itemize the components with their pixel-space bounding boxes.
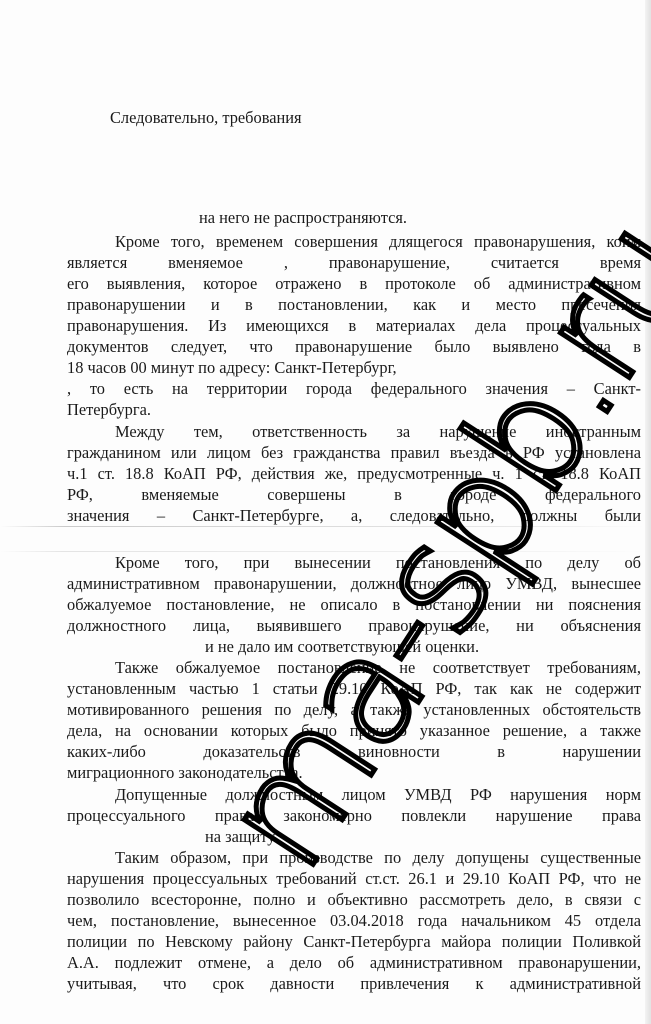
document-line: полиции по Невскому району Санкт-Петербу…	[67, 931, 641, 952]
document-line: Кроме того, временем совершения длящегос…	[67, 231, 641, 252]
document-line: учитывая, что срок давности привлечения …	[67, 973, 641, 994]
document-line: является вменяемое , правонарушение, счи…	[67, 252, 641, 273]
document-line: процессуального права закономерно повлек…	[67, 805, 641, 826]
document-line: и не дало им соответствующей оценки.	[205, 636, 479, 657]
document-line: значения – Санкт-Петербурге, а, следоват…	[67, 505, 641, 526]
document-line: на него не распространяются.	[199, 207, 407, 228]
page-edge-shadow	[645, 0, 651, 1024]
document-line: каких-либо доказательств виновности в на…	[67, 741, 641, 762]
document-line: ч.1 ст. 18.8 КоАП РФ, действия же, преду…	[67, 463, 641, 484]
document-line: правонарушения. Из имеющихся в материала…	[67, 315, 641, 336]
document-line: Таким образом, при производстве по делу …	[67, 847, 641, 868]
document-line: мотивированного решения по делу, а также…	[67, 699, 641, 720]
document-line: документов следует, что правонарушение б…	[67, 336, 641, 357]
document-line: его выявления, которое отражено в проток…	[67, 273, 641, 294]
document-line: 18 часов 00 минут по адресу: Санкт-Петер…	[67, 357, 641, 378]
document-line: , то есть на территории города федеральн…	[67, 378, 641, 399]
document-line: чем, постановление, вынесенное 03.04.201…	[67, 910, 641, 931]
document-line: гражданином или лицом без гражданства пр…	[67, 442, 641, 463]
document-line: Между тем, ответственность за нарушение …	[67, 421, 641, 442]
document-line: дела, на основании которых было принято …	[67, 720, 641, 741]
document-line: установленным частью 1 статьи 29.10 КоАП…	[67, 678, 641, 699]
document-line: обжалуемое постановление, не описало в п…	[67, 594, 641, 615]
document-line: позволило всесторонне, полно и объективн…	[67, 889, 641, 910]
document-line: Также обжалуемое постановление не соотве…	[67, 657, 641, 678]
document-line: А.А. подлежит отмене, а дело об админист…	[67, 952, 641, 973]
document-line: Допущенные должностным лицом УМВД РФ нар…	[67, 784, 641, 805]
document-line: Следовательно, требования	[110, 107, 302, 128]
document-line: административном правонарушении, должнос…	[67, 573, 641, 594]
document-line: на защиту.	[205, 826, 278, 847]
document-line: РФ, вменяемые совершены в городе федерал…	[67, 484, 641, 505]
document-line: Кроме того, при вынесении постановления …	[67, 552, 641, 573]
document-line: миграционного законодательства.	[67, 762, 641, 783]
document-line: правонарушении и в постановлении, как и …	[67, 294, 641, 315]
document-line: должностного лица, выявившего правонаруш…	[67, 615, 641, 636]
document-line: Петербурга.	[67, 399, 641, 420]
document-line: нарушения процессуальных требований ст.с…	[67, 868, 641, 889]
